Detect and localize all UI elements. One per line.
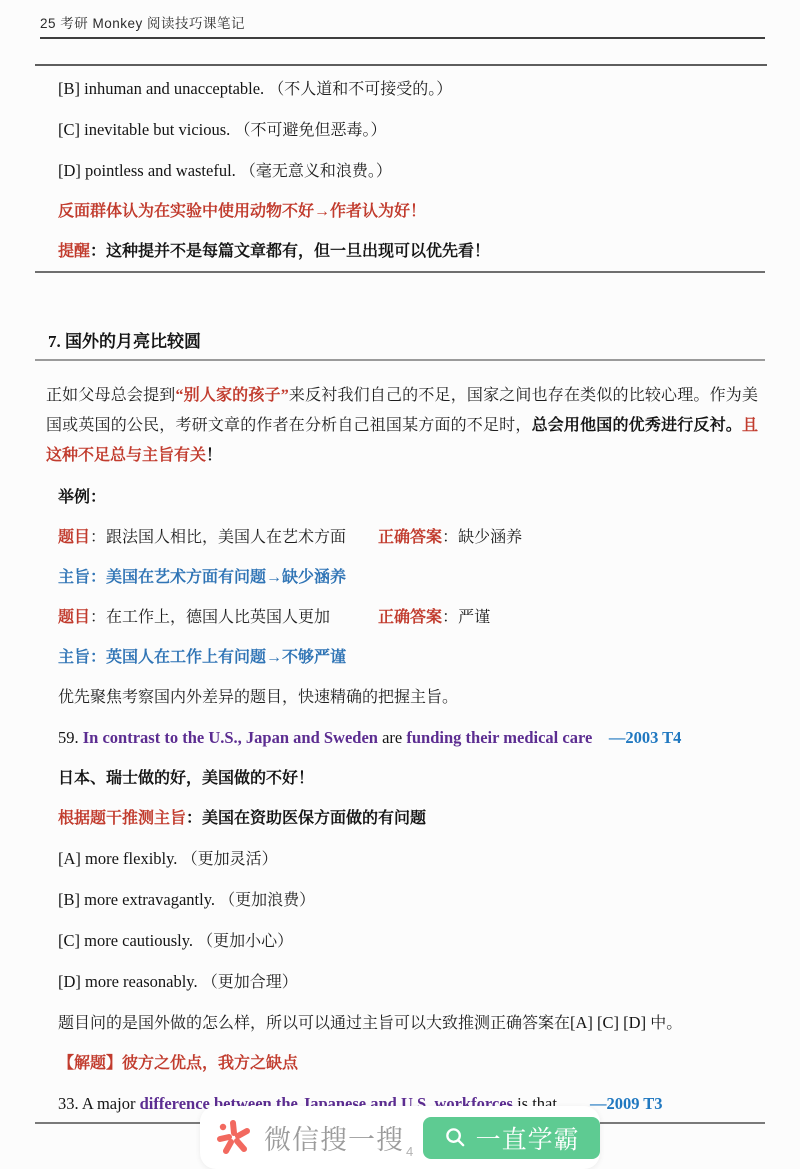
section-7-intro: 正如父母总会提到“别人家的孩子”来反衬我们自己的不足，国家之间也存在类似的比较心…	[46, 381, 758, 471]
note-tip: 提醒：这种提并不是每篇文章都有，但一旦出现可以优先看！	[58, 241, 745, 262]
document-page: 25 考研 Monkey 阅读技巧课笔记 [B] inhuman and una…	[0, 0, 800, 1169]
text-segment: ：严谨	[442, 609, 490, 626]
text-segment: 题目	[58, 609, 90, 626]
wechat-search-banner: 微信搜一搜 4 一直学霸	[200, 1106, 600, 1169]
wechat-search-logo-icon	[216, 1120, 252, 1156]
text-segment: 题目	[58, 529, 90, 546]
section-divider	[35, 271, 765, 273]
text-segment: 正如父母总会提到	[46, 387, 175, 404]
text-segment: ：跟法国人相比，美国人在艺术方面	[90, 529, 346, 546]
text-segment: 日本、瑞士做的好，美国做的不好！	[58, 770, 314, 787]
page-number: 4	[406, 1144, 413, 1159]
text-segment: 举例：	[58, 489, 106, 506]
text-segment: ！	[206, 447, 222, 464]
page-header: 25 考研 Monkey 阅读技巧课笔记	[40, 12, 765, 39]
text-segment: 正确答案	[378, 529, 442, 546]
option-b2: [B] more extravagantly. （更加浪费）	[58, 889, 745, 911]
advice: 优先聚焦考察国内外差异的题目，快速精确的把握主旨。	[58, 687, 745, 708]
text-segment: （更加浪费）	[219, 892, 315, 909]
text-segment: （更加灵活）	[182, 851, 278, 868]
text-segment	[330, 609, 378, 626]
option-c2: [C] more cautiously. （更加小心）	[58, 930, 745, 952]
text-segment: 中。	[650, 1015, 682, 1032]
text-segment: are	[382, 728, 406, 747]
solution-key: 【解题】彼方之优点，我方之缺点	[58, 1053, 745, 1074]
option-c: [C] inevitable but vicious. （不可避免但恶毒。）	[58, 119, 745, 141]
search-button[interactable]: 一直学霸	[423, 1117, 600, 1159]
text-segment: 59.	[58, 728, 83, 747]
wechat-search-label: 微信搜一搜	[264, 1118, 404, 1157]
example-2-question: 题目：在工作上，德国人比英国人更加 正确答案：严谨	[58, 607, 745, 628]
text-segment: “别人家的孩子”	[175, 387, 288, 404]
text-segment: In contrast to the U.S., Japan and Swede…	[83, 728, 382, 747]
text-segment: 提醒	[58, 243, 90, 260]
text-segment: [C] inevitable but vicious.	[58, 120, 234, 139]
text-segment: [D] pointless and wasteful.	[58, 161, 240, 180]
text-segment: ：美国在资助医保方面做的有问题	[186, 810, 426, 827]
text-segment	[346, 529, 378, 546]
text-segment: 【解题】彼方之优点，我方之缺点	[58, 1055, 298, 1072]
example-label: 举例：	[58, 487, 745, 508]
search-button-label: 一直学霸	[476, 1120, 580, 1156]
text-segment: （毫无意义和浪费。）	[240, 163, 392, 180]
option-a2: [A] more flexibly. （更加灵活）	[58, 848, 745, 870]
text-segment: ：缺少涵养	[442, 529, 522, 546]
text-segment: funding their medical care	[406, 728, 592, 747]
example-1-question: 题目：跟法国人相比，美国人在艺术方面 正确答案：缺少涵养	[58, 527, 745, 548]
text-segment: 7. 国外的月亮比较圆	[48, 332, 201, 351]
section-title-underline	[35, 359, 765, 361]
text-segment: [A] more flexibly.	[58, 849, 182, 868]
text-segment: 主旨：美国在艺术方面有问题→缺少涵养	[58, 569, 346, 586]
text-segment: （更加小心）	[197, 933, 293, 950]
text-segment: —2003 T4	[609, 728, 682, 747]
text-segment: （不人道和不可接受的。）	[268, 81, 452, 98]
text-segment	[592, 728, 609, 747]
option-b: [B] inhuman and unacceptable. （不人道和不可接受的…	[58, 78, 745, 100]
text-segment: （不可避免但恶毒。）	[234, 122, 386, 139]
text-segment: 根据题干推测主旨	[58, 810, 186, 827]
text-segment: 主旨：英国人在工作上有问题→不够严谨	[58, 649, 346, 666]
text-segment: [A] [C] [D]	[570, 1013, 650, 1032]
text-segment: [D] more reasonably.	[58, 972, 202, 991]
text-segment: 33. A major	[58, 1094, 140, 1113]
text-segment: —2009 T3	[590, 1094, 663, 1113]
text-segment: [C] more cautiously.	[58, 931, 197, 950]
question-59-note: 日本、瑞士做的好，美国做的不好！	[58, 768, 745, 789]
question-59: 59. In contrast to the U.S., Japan and S…	[58, 727, 745, 749]
text-segment: （更加合理）	[202, 974, 298, 991]
section-7-title: 7. 国外的月亮比较圆	[48, 329, 745, 355]
text-segment: ：这种提并不是每篇文章都有，但一旦出现可以优先看！	[90, 243, 490, 260]
header-title: 25 考研 Monkey 阅读技巧课笔记	[40, 16, 245, 31]
text-segment: 优先聚焦考察国内外差异的题目，快速精确的把握主旨。	[58, 689, 458, 706]
text-segment: [B] inhuman and unacceptable.	[58, 79, 268, 98]
text-segment: [B] more extravagantly.	[58, 890, 219, 909]
example-1-gist: 主旨：美国在艺术方面有问题→缺少涵养	[58, 567, 745, 588]
text-segment: 总会用他国的优秀进行反衬。	[532, 417, 742, 434]
option-d2: [D] more reasonably. （更加合理）	[58, 971, 745, 993]
text-segment: 题目问的是国外做的怎么样，所以可以通过主旨可以大致推测正确答案在	[58, 1015, 570, 1032]
document-content: [B] inhuman and unacceptable. （不人道和不可接受的…	[0, 66, 800, 1115]
search-icon	[444, 1126, 467, 1149]
text-segment: ：在工作上，德国人比英国人更加	[90, 609, 330, 626]
text-segment: 正确答案	[378, 609, 442, 626]
analysis: 题目问的是国外做的怎么样，所以可以通过主旨可以大致推测正确答案在[A] [C] …	[58, 1012, 745, 1034]
text-segment: 反面群体认为在实验中使用动物不好→作者认为好！	[58, 203, 426, 220]
example-2-gist: 主旨：英国人在工作上有问题→不够严谨	[58, 647, 745, 668]
note-contrast: 反面群体认为在实验中使用动物不好→作者认为好！	[58, 201, 745, 222]
gist-inference: 根据题干推测主旨：美国在资助医保方面做的有问题	[58, 808, 745, 829]
option-d: [D] pointless and wasteful. （毫无意义和浪费。）	[58, 160, 745, 182]
